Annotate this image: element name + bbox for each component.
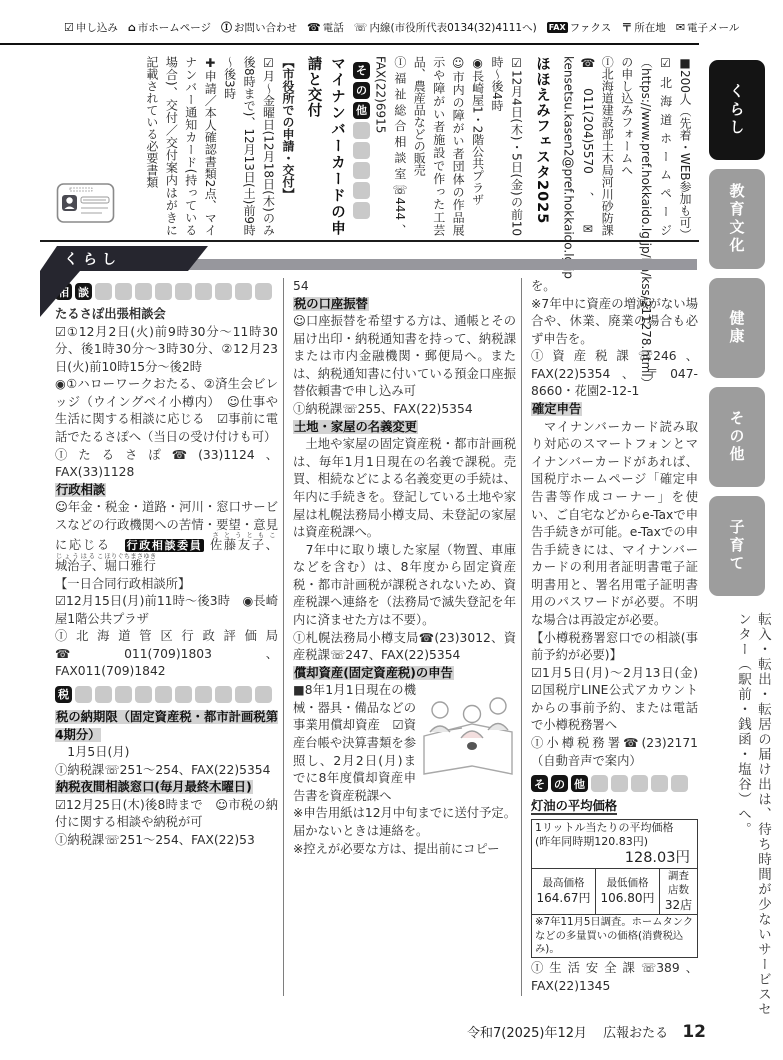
page-number: 12: [682, 1022, 706, 1042]
meigi-contact: Ⓘ札幌法務局小樽支局☎(23)3012、資産税課☏247、FAX(22)5354: [293, 630, 516, 665]
tab-kosodate[interactable]: 子育て: [709, 496, 765, 596]
badge-square: [115, 283, 132, 300]
info-icon: Ⓘ: [221, 19, 232, 35]
badge-square: [75, 686, 92, 703]
top-rule: [0, 43, 699, 45]
capacity-line: ■200人（先着・WEB参加も可）: [675, 56, 694, 236]
badge-square: [235, 283, 252, 300]
store-count-cell: 調査店数 32店: [660, 869, 698, 915]
tarusapo-contact: Ⓘたるさぽ☎(33)1124、FAX(33)1128: [55, 447, 278, 482]
shokyaku-title: 償却資産(固定資産税)の申告: [293, 665, 516, 683]
legend-email: ✉電子メール: [676, 20, 740, 35]
article-columns: 相談 たるさぽ出張相談会 ☑①12月2日(火)前9時30分～11時30分、後1時…: [55, 278, 698, 996]
tab-kurashi[interactable]: くらし: [709, 60, 765, 160]
column-left: 相談 たるさぽ出張相談会 ☑①12月2日(火)前9時30分～11時30分、後1時…: [55, 278, 283, 996]
badge-square: [353, 202, 370, 219]
badge-square: [591, 775, 608, 792]
carryover-wo: を。: [531, 278, 698, 296]
badge-square: [353, 122, 370, 139]
phone-icon: ☎: [307, 21, 321, 34]
mynumber-date-line: ☑月～金曜日(12月18日(木)のみ後8時まで)、12月13日(土)前9時～後3…: [219, 56, 277, 236]
page-footer: 令和7(2025)年12月 広報おたる 12: [0, 1022, 706, 1042]
shokyaku-note2: ※控えが必要な方は、提出前にコピー: [293, 841, 516, 859]
avg-price-value: 128.03円: [535, 849, 694, 867]
counselor-badge: 行政相談委員: [125, 539, 205, 552]
badge-square: [135, 686, 152, 703]
top-vertical-articles: ■200人（先着・WEB参加も可） ☑北海道ホームページ（https://www…: [46, 56, 694, 236]
mynumber-subheading: 【市役所での申請・交付】: [278, 56, 297, 236]
badge-square: [195, 686, 212, 703]
festa-place-line: ◉長崎屋1・2階公共プラザ: [467, 56, 486, 236]
kakutei-contact: Ⓘ小樽税務署☎(23)2171（自動音声で案内）: [531, 735, 698, 770]
badge-square: [155, 283, 172, 300]
badge-square: [155, 686, 172, 703]
legend-apply: ☑申し込み: [64, 20, 118, 35]
fax-icon: FAX: [547, 22, 568, 33]
mynumber-title: マイナンバーカードの申請と交付: [301, 56, 348, 236]
tarusapo-title: たるさぽ出張相談会: [55, 306, 278, 324]
issue-date: 令和7(2025)年12月: [467, 1026, 587, 1041]
badge-square: [195, 283, 212, 300]
mynumber-items-line: ✚申請／本人確認書類2点、マイナンバー通知カード(持っている場合)、交付／交付案…: [141, 56, 219, 236]
toyu-contact: Ⓘ生活安全課☏389、FAX(22)1345: [531, 960, 698, 995]
kigen-contact: Ⓘ納税課☏251～254、FAX(22)5354: [55, 762, 278, 780]
badge-square: [353, 142, 370, 159]
badge-square: [353, 162, 370, 179]
postal-mark-icon: 〒: [621, 19, 632, 35]
kouza-title: 税の口座振替: [293, 296, 516, 314]
section-rule: [40, 240, 699, 242]
survey-note: ※7年11月5日調査。ホームタンクなどの多量買いの価格(消費税込み)。: [532, 915, 698, 958]
min-price-cell: 最低価格 106.80円: [596, 869, 660, 915]
badge-square: [235, 686, 252, 703]
kouza-contact: Ⓘ納税課☏255、FAX(22)5354: [293, 401, 516, 419]
badge-square: [95, 283, 112, 300]
legend-address: 〒所在地: [621, 19, 666, 35]
meigi-p1: 土地や家屋の固定資産税・都市計画税は、毎年1月1日現在の名義で課税。売買、相続な…: [293, 436, 516, 541]
badge-square: [651, 775, 668, 792]
icon-legend: ☑申し込み ⌂市ホームページ Ⓘお問い合わせ ☎電話 ☏内線(市役所代表0134…: [64, 19, 739, 35]
yakan-contact: Ⓘ納税課☏251～254、FAX(22)53: [55, 832, 278, 850]
category-badge-zei: 税: [55, 686, 278, 703]
badge-square: [135, 283, 152, 300]
badge-square: [255, 283, 272, 300]
carryover-54: 54: [293, 278, 516, 296]
category-badge-sonota: その他: [531, 775, 698, 792]
counter-illustration: [420, 684, 516, 780]
badge-square: [175, 283, 192, 300]
badge-square: [215, 283, 232, 300]
newsletter-page: ☑申し込み ⌂市ホームページ Ⓘお問い合わせ ☎電話 ☏内線(市役所代表0134…: [0, 0, 783, 1060]
badge-square: [353, 182, 370, 199]
max-price-cell: 最高価格 164.67円: [532, 869, 596, 915]
festa-desc-line: ☺市内の障がい者団体の作品展示や障がい者施設で作った工芸品、農産品などの販売: [409, 56, 467, 236]
badge-square: [631, 775, 648, 792]
category-badge-other-vertical: その他: [353, 62, 370, 238]
legend-inquiry: Ⓘお問い合わせ: [221, 19, 297, 35]
gyosei-title: 行政相談: [55, 482, 278, 500]
tarusapo-desc: ◉①ハローワークおたる、②済生会ビレッジ（ウイングベイ小樽内） ☺仕事や生活に関…: [55, 376, 278, 446]
badge-square: [255, 686, 272, 703]
home-icon: ⌂: [128, 21, 136, 34]
avg-price-lastyear: (昨年同時期120.83円): [535, 835, 694, 849]
festa-contact-line: Ⓘ福祉総合相談室☏444、FAX(22)6915: [370, 56, 409, 236]
shokyaku-body: ■8年1月1日現在の機械・器具・備品などの事業用償却資産 ☑資産台帳や決算書類を…: [293, 682, 516, 805]
gyosei-subheading: 【一日合同行政相談所】: [55, 576, 278, 594]
service-center-note: 転入・転出・転居の届け出は、待ち時間が少ないサービスセンター（駅前・銭函・塩谷）…: [733, 612, 773, 1017]
kakutei-title: 確定申告: [531, 401, 698, 419]
apply-icon: ☑: [64, 21, 74, 34]
extension-phone-icon: ☏: [354, 21, 368, 34]
column-middle: 54 税の口座振替 ☺口座振替を希望する方は、通帳とその届け出印・納税通知書を持…: [283, 278, 521, 996]
badge-square: [175, 686, 192, 703]
mail-icon: ✉: [676, 21, 685, 34]
tarusapo-date: ☑①12月2日(火)前9時30分～11時30分、後1時30分～3時30分、②12…: [55, 324, 278, 377]
festa-date-line: ☑12月4日(木)・5日(金)の前10時～後4時: [487, 56, 526, 236]
kakutei-p1: マイナンバーカード読み取り対応のスマートフォンとマイナンバーカードがあれば、国税…: [531, 419, 698, 630]
publication-title: 広報おたる: [603, 1026, 668, 1041]
mynumber-card-illustration: [56, 180, 116, 226]
shinkoku-note: ※7年中に資産の増減がない場合や、休業、廃業の場合も必ず申告を。: [531, 296, 698, 349]
badge-square: [671, 775, 688, 792]
tab-sonota[interactable]: その他: [709, 387, 765, 487]
badge-square: [215, 686, 232, 703]
yakan-desc: ☑12月25日(木)後8時まで ☺市税の納付に関する相談や納税が可: [55, 797, 278, 832]
tab-kenko[interactable]: 健康: [709, 278, 765, 378]
kouza-desc: ☺口座振替を希望する方は、通帳とその届け出印・納税通知書を持って、納税課または市…: [293, 313, 516, 401]
kerosene-price-table: 1リットル当たりの平均価格 (昨年同時期120.83円) 128.03円 最高価…: [531, 819, 698, 959]
tab-kyoiku-bunka[interactable]: 教育文化: [709, 169, 765, 269]
kakutei-date: ☑1月5日(月)～2月13日(金) ☑国税庁LINE公式アカウントからの事前予約…: [531, 665, 698, 735]
legend-fax: FAXファクス: [547, 20, 612, 35]
hokkaido-contact-line: Ⓘ北海道建設部土木局河川砂防課☎011(204)5570、✉kensetsu.k…: [558, 56, 616, 236]
toyu-title: 灯油の平均価格: [531, 798, 698, 816]
meigi-title: 土地・家屋の名義変更: [293, 419, 516, 437]
column-right: を。 ※7年中に資産の増減がない場合や、休業、廃業の場合も必ず申告を。 Ⓘ資産税…: [521, 278, 698, 996]
kigen-date: 1月5日(月): [55, 744, 278, 762]
gyosei-date: ☑12月15日(月)前11時～後3時 ◉長崎屋1階公共プラザ: [55, 593, 278, 628]
gyosei-desc: ☺年金・税金・道路・河川・窓口サービスなどの行政機関への苦情・要望・意見に応じる…: [55, 499, 278, 575]
apply-form-line: ☑北海道ホームページ（https://www.pref.hokkaido.lg.…: [616, 56, 674, 236]
badge-square: [611, 775, 628, 792]
yakan-title: 納税夜間相談窓口(毎月最終木曜日): [55, 779, 278, 797]
shisanzei-contact: Ⓘ資産税課☏246、FAX(22)5354、〒047-8660・花園2-12-1: [531, 348, 698, 401]
category-badge-soudan: 相談: [55, 283, 278, 300]
kigen-title: 税の納期限（固定資産税・都市計画税第4期分）: [55, 709, 278, 744]
meigi-p2: 7年中に取り壊した家屋（物置、車庫などを含む）は、8年度から固定資産税・都市計画…: [293, 542, 516, 630]
festa-title: ほほえみフェスタ2025: [529, 56, 552, 236]
gyosei-contact: Ⓘ北海道管区行政評価局☎011(709)1803、FAX011(709)1842: [55, 628, 278, 681]
shokyaku-note1: ※申告用紙は12月中旬までに送付予定。届かないときは連絡を。: [293, 805, 516, 840]
badge-square: [95, 686, 112, 703]
section-tabs: くらし 教育文化 健康 その他 子育て: [709, 60, 765, 596]
kakutei-subheading: 【小樽税務署窓口での相談(事前予約が必要)】: [531, 630, 698, 665]
legend-phone: ☎電話: [307, 20, 344, 35]
avg-price-label: 1リットル当たりの平均価格: [535, 821, 694, 835]
legend-homepage: ⌂市ホームページ: [128, 20, 211, 35]
legend-extension: ☏内線(市役所代表0134(32)4111へ): [354, 20, 537, 35]
kurashi-banner: くらし: [40, 246, 208, 271]
badge-square: [115, 686, 132, 703]
